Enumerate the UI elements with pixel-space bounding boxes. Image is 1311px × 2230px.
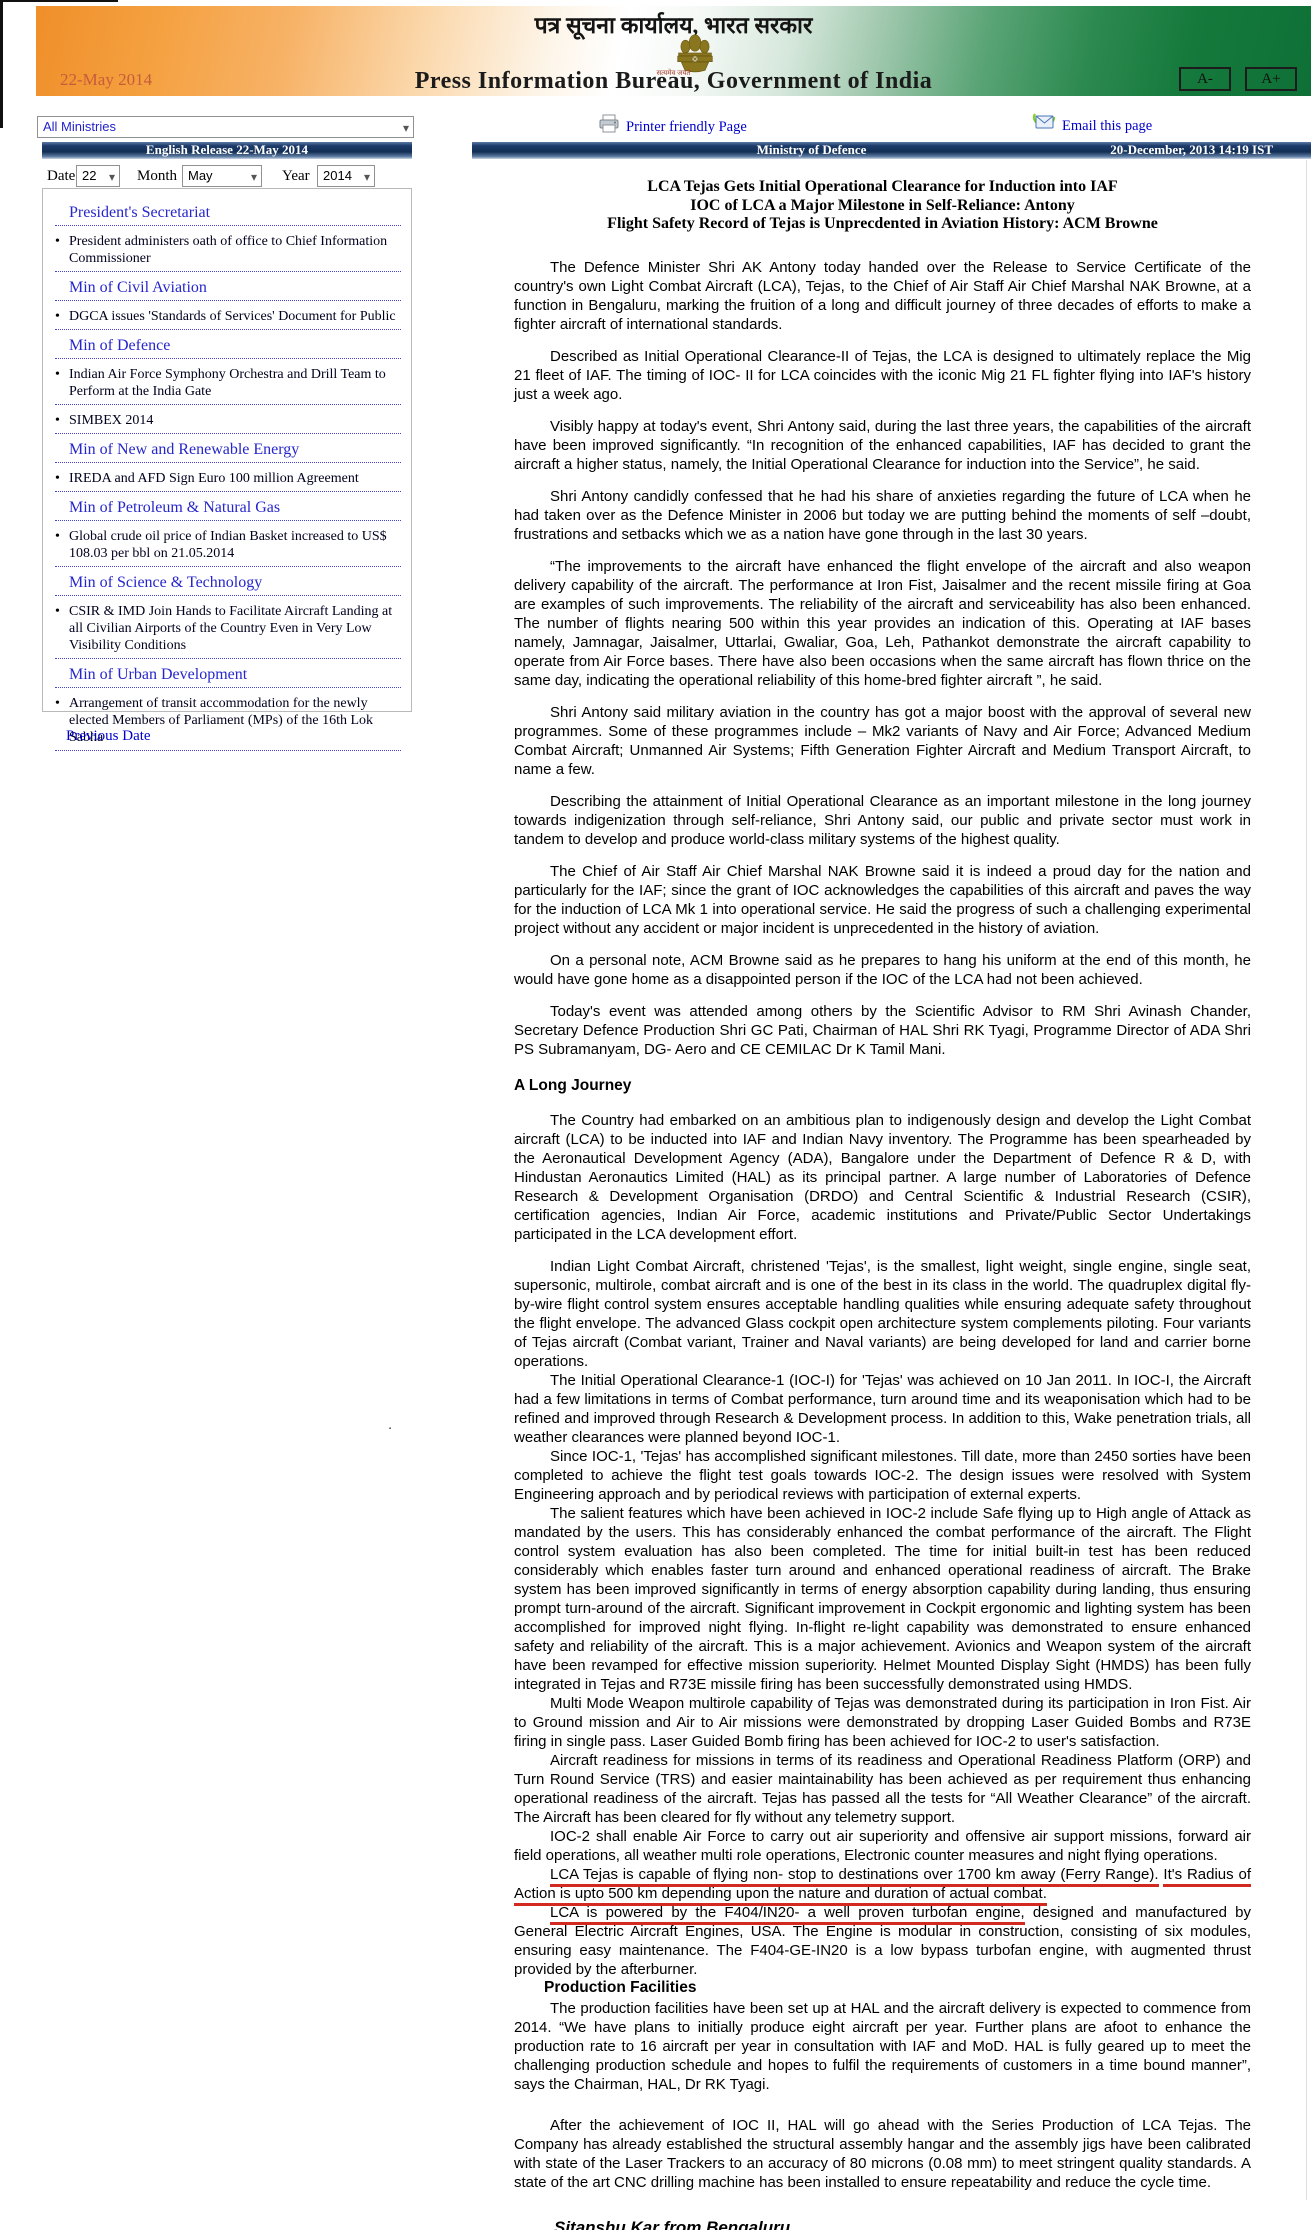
header-org-title: Press Information Bureau, Government of … [36,68,1311,95]
releases-sidebar: President's Secretariat •President admin… [42,188,412,712]
article-paragraph: Indian Light Combat Aircraft, christened… [514,1257,1251,1371]
bullet-icon: • [55,412,69,429]
stray-mark: . [388,1416,392,1433]
article-paragraph: On a personal note, ACM Browne said as h… [514,951,1251,989]
article-paragraph-ferry-range: LCA Tejas is capable of flying non- stop… [514,1865,1251,1903]
article-paragraph: Visibly happy at today's event, Shri Ant… [514,417,1251,474]
article-paragraph: Since IOC-1, 'Tejas' has accomplished si… [514,1447,1251,1504]
sidebar-ministry-link[interactable]: Min of Petroleum & Natural Gas [55,492,401,521]
article-paragraph: The Chief of Air Staff Air Chief Marshal… [514,862,1251,938]
sidebar-ministry-link[interactable]: Min of Defence [55,330,401,359]
content-right-border [1306,160,1307,2200]
article-title-line: LCA Tejas Gets Initial Operational Clear… [514,178,1251,197]
year-select-value: 2014 [323,168,352,183]
sidebar-release-label: SIMBEX 2014 [69,412,153,429]
article-paragraph: Today's event was attended among others … [514,1002,1251,1059]
article-paragraph: Shri Antony candidly confessed that he h… [514,487,1251,544]
sidebar-release-label: IREDA and AFD Sign Euro 100 million Agre… [69,470,359,487]
ministry-bar: Ministry of Defence 20-December, 2013 14… [472,142,1311,159]
article-paragraph: IOC-2 shall enable Air Force to carry ou… [514,1827,1251,1865]
ministries-dropdown-value: All Ministries [43,119,116,134]
sidebar-release-item[interactable]: •IREDA and AFD Sign Euro 100 million Agr… [55,463,401,492]
article-paragraph: After the achievement of IOC II, HAL wil… [514,2116,1251,2192]
article-paragraph: The production facilities have been set … [514,1999,1251,2094]
chevron-down-icon: ▾ [364,167,370,187]
article-paragraph-engine: LCA is powered by the F404/IN20- a well … [514,1903,1251,1979]
red-underlined-text: LCA Tejas is capable of flying non- stop… [550,1866,1159,1887]
date-label: Date [47,168,75,185]
sidebar-release-item[interactable]: •CSIR & IMD Join Hands to Facilitate Air… [55,596,401,659]
article-paragraph: “The improvements to the aircraft have e… [514,557,1251,690]
sidebar-release-label: President administers oath of office to … [69,233,401,267]
printer-icon[interactable] [598,114,620,138]
bullet-icon: • [55,528,69,562]
bullet-icon: • [55,308,69,325]
sidebar-release-item[interactable]: •Global crude oil price of Indian Basket… [55,521,401,567]
year-select[interactable]: 2014 ▾ [317,165,375,187]
sidebar-ministry-link[interactable]: Min of Civil Aviation [55,272,401,301]
sidebar-release-label: CSIR & IMD Join Hands to Facilitate Airc… [69,603,401,654]
header-date: 22-May 2014 [60,70,152,90]
section-heading-long-journey: A Long Journey [514,1077,1251,1095]
sidebar-release-label: DGCA issues 'Standards of Services' Docu… [69,308,396,325]
bullet-icon: • [55,603,69,654]
previous-date-link[interactable]: Previous Date [66,728,151,745]
article-paragraph: Shri Antony said military aviation in th… [514,703,1251,779]
font-decrease-button[interactable]: A- [1179,67,1231,91]
window-edge-top [0,0,118,2]
article-paragraph: The Initial Operational Clearance-1 (IOC… [514,1371,1251,1447]
month-select[interactable]: May ▾ [182,165,262,187]
bullet-icon: • [55,366,69,400]
year-label: Year [282,168,310,185]
press-release-article: LCA Tejas Gets Initial Operational Clear… [514,168,1251,2230]
sidebar-release-label: Indian Air Force Symphony Orchestra and … [69,366,401,400]
bullet-icon: • [55,470,69,487]
sidebar-ministry-link[interactable]: President's Secretariat [55,197,401,226]
sidebar-release-item[interactable]: •SIMBEX 2014 [55,405,401,434]
sidebar-release-item[interactable]: •Indian Air Force Symphony Orchestra and… [55,359,401,405]
date-select[interactable]: 22 ▾ [76,165,120,187]
ministries-dropdown[interactable]: All Ministries ▾ [37,116,414,138]
article-paragraph: The salient features which have been ach… [514,1504,1251,1694]
article-title: LCA Tejas Gets Initial Operational Clear… [514,178,1251,234]
month-label: Month [137,168,177,185]
ministry-name: Ministry of Defence [472,142,1151,158]
chevron-down-icon: ▾ [109,167,115,187]
article-paragraph: Describing the attainment of Initial Ope… [514,792,1251,849]
author-signoff: Sitanshu Kar from Bengaluru [554,2218,1251,2230]
printer-friendly-link[interactable]: Printer friendly Page [626,119,747,136]
article-paragraph: Described as Initial Operational Clearan… [514,347,1251,404]
date-select-value: 22 [82,168,96,183]
month-select-value: May [188,168,213,183]
header-banner: पत्र सूचना कार्यालय, भारत सरकार सत्यमेव … [36,6,1311,96]
sidebar-release-item[interactable]: •President administers oath of office to… [55,226,401,272]
release-datetime: 20-December, 2013 14:19 IST [1110,142,1273,158]
chevron-down-icon: ▾ [251,167,257,187]
email-page-link[interactable]: Email this page [1062,118,1152,135]
window-edge-left [0,0,3,128]
red-underlined-text: LCA is powered by the F404/IN20- a well … [550,1904,1025,1925]
sidebar-ministry-link[interactable]: Min of New and Renewable Energy [55,434,401,463]
email-icon[interactable] [1032,111,1057,136]
sidebar-ministry-link[interactable]: Min of Urban Development [55,659,401,688]
font-increase-button[interactable]: A+ [1245,67,1297,91]
sidebar-release-label: Global crude oil price of Indian Basket … [69,528,401,562]
section-heading-production-facilities: Production Facilities [514,1979,1251,1997]
article-title-line: IOC of LCA a Major Milestone in Self-Rel… [514,197,1251,216]
article-paragraph: The Defence Minister Shri AK Antony toda… [514,258,1251,334]
sidebar-release-item[interactable]: •DGCA issues 'Standards of Services' Doc… [55,301,401,330]
english-release-bar: English Release 22-May 2014 [42,142,412,159]
article-paragraph: The Country had embarked on an ambitious… [514,1111,1251,1244]
article-paragraph: Aircraft readiness for missions in terms… [514,1751,1251,1827]
sidebar-ministry-link[interactable]: Min of Science & Technology [55,567,401,596]
chevron-down-icon: ▾ [403,118,409,138]
article-paragraph: Multi Mode Weapon multirole capability o… [514,1694,1251,1751]
article-title-line: Flight Safety Record of Tejas is Unprecd… [514,215,1251,234]
bullet-icon: • [55,233,69,267]
